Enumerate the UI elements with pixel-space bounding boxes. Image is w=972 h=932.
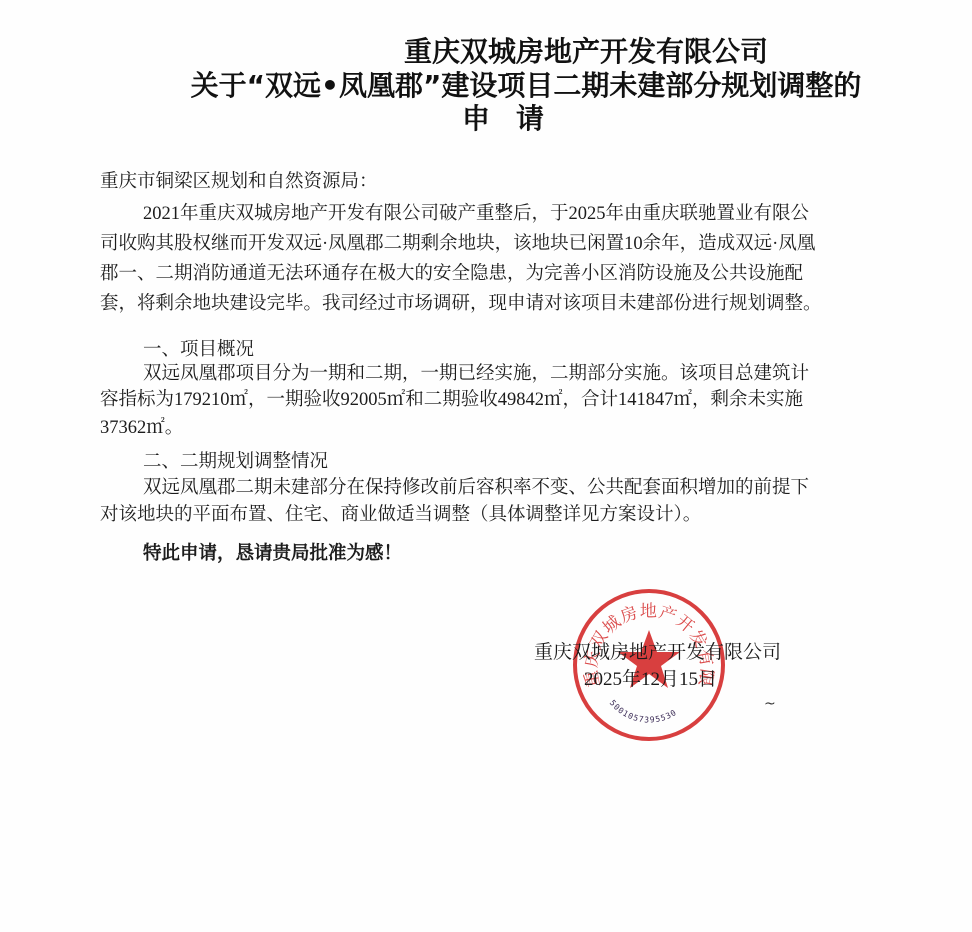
title-application: 申请: [30, 97, 972, 137]
seal-number: 5001057395530: [608, 698, 679, 724]
stray-mark: ~: [764, 696, 776, 712]
company-seal: 重庆双城房地产开发有限公司 5001057395530: [570, 586, 728, 744]
section2-heading: 二、二期规划调整情况: [143, 450, 328, 474]
signature-company: 重庆双城房地产开发有限公司: [534, 640, 781, 664]
section1-line-3: 37362㎡。: [100, 416, 183, 440]
body-line-2: 司收购其股权继而开发双远·凤凰郡二期剩余地块，该地块已闲置10余年，造成双远·凤…: [100, 232, 815, 256]
section1-line-1: 双远凤凰郡项目分为一期和二期，一期已经实施，二期部分实施。该项目总建筑计: [143, 362, 809, 386]
section1-heading: 一、项目概况: [143, 338, 254, 362]
section2-line-2: 对该地块的平面布置、住宅、商业做适当调整（具体调整详见方案设计）。: [100, 503, 701, 527]
closing-request: 特此申请，恳请贵局批准为感！: [143, 542, 402, 566]
body-line-1: 2021年重庆双城房地产开发有限公司破产重整后，于2025年由重庆联驰置业有限公: [143, 202, 809, 226]
body-line-4: 套，将剩余地块建设完毕。我司经过市场调研，现申请对该项目未建部份进行规划调整。: [100, 292, 822, 316]
svg-text:5001057395530: 5001057395530: [608, 698, 679, 724]
seal-graphic: 重庆双城房地产开发有限公司 5001057395530: [570, 586, 728, 744]
body-line-3: 郡一、二期消防通道无法环通存在极大的安全隐患，为完善小区消防设施及公共设施配: [100, 262, 803, 286]
section2-line-1: 双远凤凰郡二期未建部分在保持修改前后容积率不变、公共配套面积增加的前提下: [143, 476, 809, 500]
addressee: 重庆市铜梁区规划和自然资源局：: [100, 170, 378, 194]
document-page: 重庆双城房地产开发有限公司 关于“双远•凤凰郡”建设项目二期未建部分规划调整的 …: [0, 0, 972, 932]
signature-date: 2025年12月15日: [584, 668, 717, 692]
section1-line-2: 容指标为179210㎡，一期验收92005㎡和二期验收49842㎡，合计1418…: [100, 388, 803, 412]
